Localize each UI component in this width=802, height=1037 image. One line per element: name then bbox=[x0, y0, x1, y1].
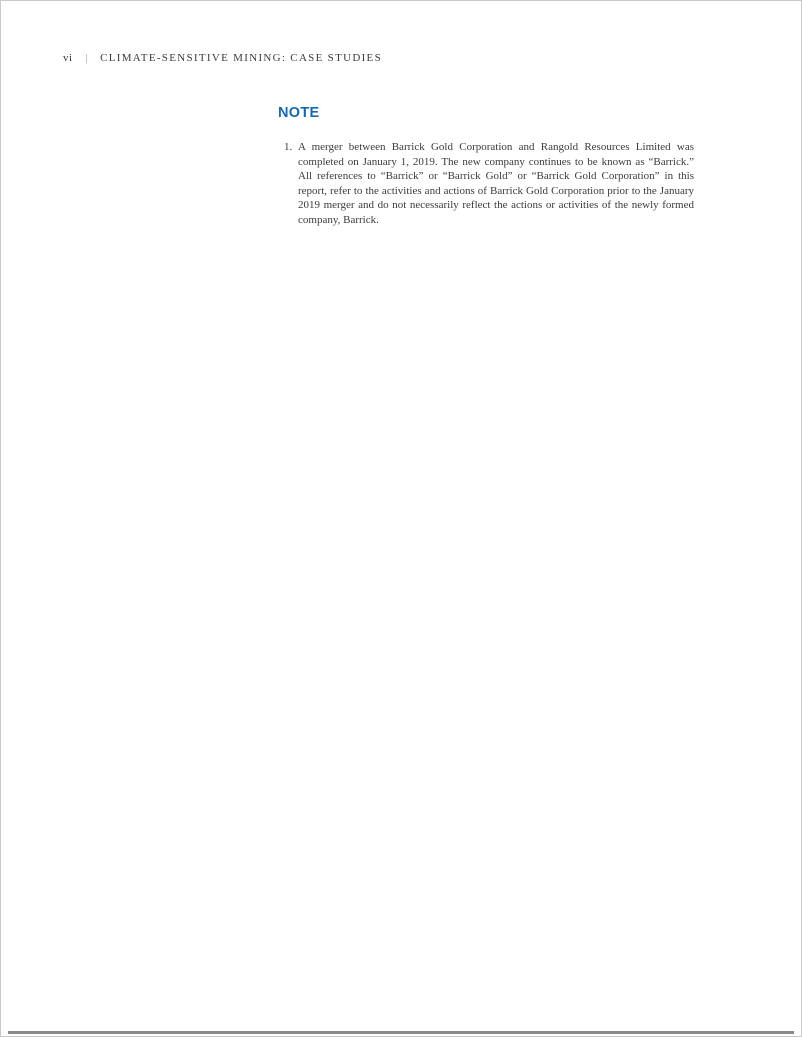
note-item-number: 1. bbox=[278, 140, 298, 155]
header-separator: | bbox=[86, 52, 90, 64]
note-heading: NOTE bbox=[278, 105, 319, 121]
running-header: vi | CLIMATE-SENSITIVE MINING: CASE STUD… bbox=[63, 52, 382, 64]
running-title: CLIMATE-SENSITIVE MINING: CASE STUDIES bbox=[100, 52, 382, 64]
page-bottom-edge bbox=[8, 1031, 794, 1034]
document-page: vi | CLIMATE-SENSITIVE MINING: CASE STUD… bbox=[0, 0, 802, 1037]
note-item: 1. A merger between Barrick Gold Corpora… bbox=[278, 140, 694, 227]
note-item-text: A merger between Barrick Gold Corporatio… bbox=[298, 140, 694, 227]
note-list: 1. A merger between Barrick Gold Corpora… bbox=[278, 140, 694, 227]
page-number: vi bbox=[63, 52, 73, 64]
